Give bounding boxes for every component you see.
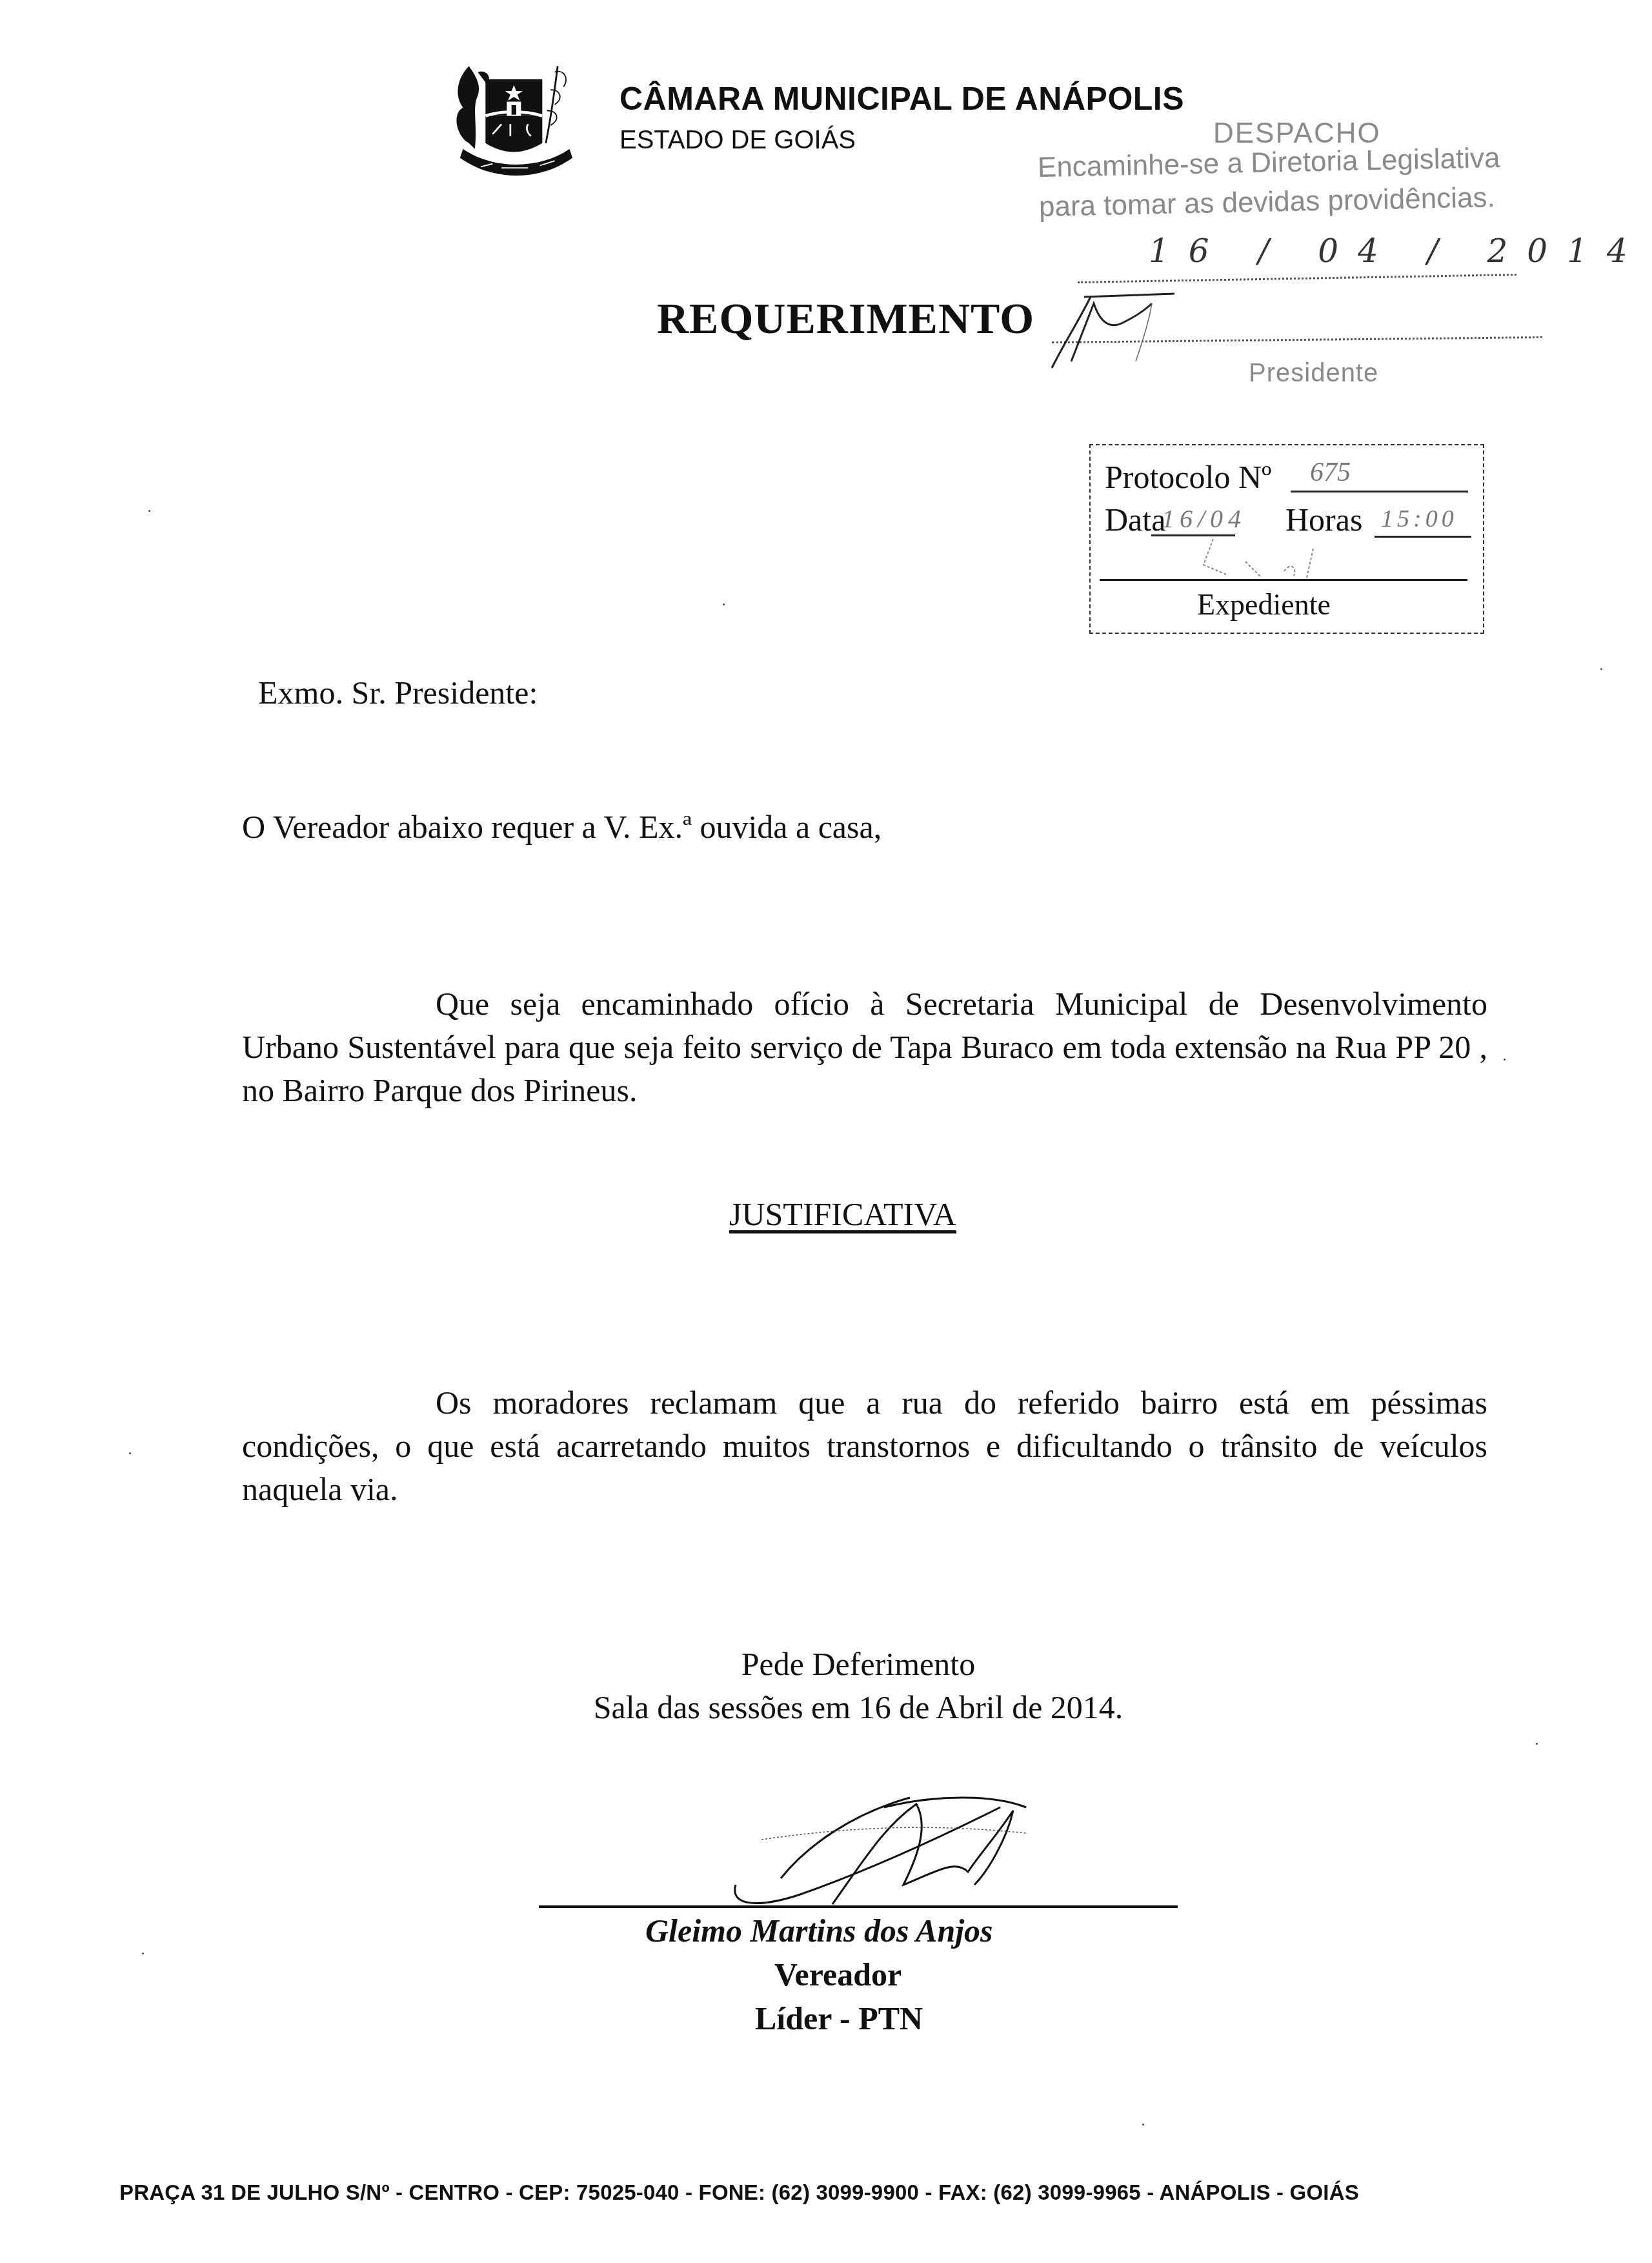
coat-of-arms-icon bbox=[445, 52, 587, 187]
scan-speck bbox=[1142, 2124, 1144, 2126]
organization-state: ESTADO DE GOIÁS bbox=[619, 126, 856, 155]
expediente-label: Expediente bbox=[1197, 587, 1331, 622]
scan-speck bbox=[148, 510, 150, 512]
clerk-rubric-icon bbox=[1200, 536, 1342, 581]
scan-speck bbox=[129, 1452, 131, 1454]
protocol-hours-line bbox=[1375, 536, 1471, 538]
despacho-stamp-line-2: para tomar as devidas providências. bbox=[1038, 181, 1495, 223]
expediente-line bbox=[1100, 579, 1467, 581]
closing-deferimento: Pede Deferimento bbox=[542, 1643, 1174, 1686]
despacho-president-label: Presidente bbox=[1249, 359, 1378, 388]
signature-line bbox=[539, 1905, 1178, 1908]
protocol-number-label: Protocolo Nº bbox=[1105, 458, 1272, 496]
footer-address: PRAÇA 31 DE JULHO S/Nº - CENTRO - CEP: 7… bbox=[119, 2180, 1359, 2205]
protocol-date-label: Data bbox=[1105, 501, 1165, 538]
scan-speck bbox=[1504, 1059, 1506, 1060]
councilor-signature-icon bbox=[723, 1788, 1084, 1917]
request-paragraph: Que seja encaminhado ofício à Secretaria… bbox=[242, 982, 1487, 1112]
protocol-number-line bbox=[1291, 491, 1468, 492]
scan-speck bbox=[1600, 668, 1602, 670]
despacho-date-line bbox=[1078, 274, 1516, 283]
scan-speck bbox=[1536, 1743, 1538, 1745]
organization-name: CÂMARA MUNICIPAL DE ANÁPOLIS bbox=[619, 80, 1184, 117]
scan-speck bbox=[142, 1953, 144, 1954]
signer-role: Vereador bbox=[774, 1956, 902, 1993]
despacho-stamp-line-1: Encaminhe-se a Diretoria Legislativa bbox=[1037, 142, 1500, 184]
president-signature-icon bbox=[1045, 284, 1226, 374]
signer-party: Líder - PTN bbox=[755, 2000, 923, 2037]
despacho-handwritten-date: 16 / 04 / 2014 bbox=[1149, 232, 1647, 270]
protocol-number-value: 675 bbox=[1310, 457, 1351, 488]
document-title: REQUERIMENTO bbox=[657, 293, 1034, 344]
closing-block: Pede Deferimento Sala das sessões em 16 … bbox=[542, 1643, 1174, 1729]
closing-session-date: Sala das sessões em 16 de Abril de 2014. bbox=[542, 1686, 1174, 1729]
salutation: Exmo. Sr. Presidente: bbox=[258, 671, 538, 715]
protocol-hours-label: Horas bbox=[1285, 501, 1362, 538]
scan-speck bbox=[723, 604, 725, 605]
justification-heading: JUSTIFICATIVA bbox=[729, 1193, 956, 1236]
intro-paragraph: O Vereador abaixo requer a V. Ex.ª ouvid… bbox=[242, 806, 881, 849]
signer-name: Gleimo Martins dos Anjos bbox=[645, 1912, 993, 1949]
protocol-date-value: 16/04 bbox=[1162, 503, 1246, 534]
protocol-hours-value: 15:00 bbox=[1381, 505, 1458, 533]
justification-paragraph: Os moradores reclamam que a rua do refer… bbox=[242, 1381, 1487, 1511]
